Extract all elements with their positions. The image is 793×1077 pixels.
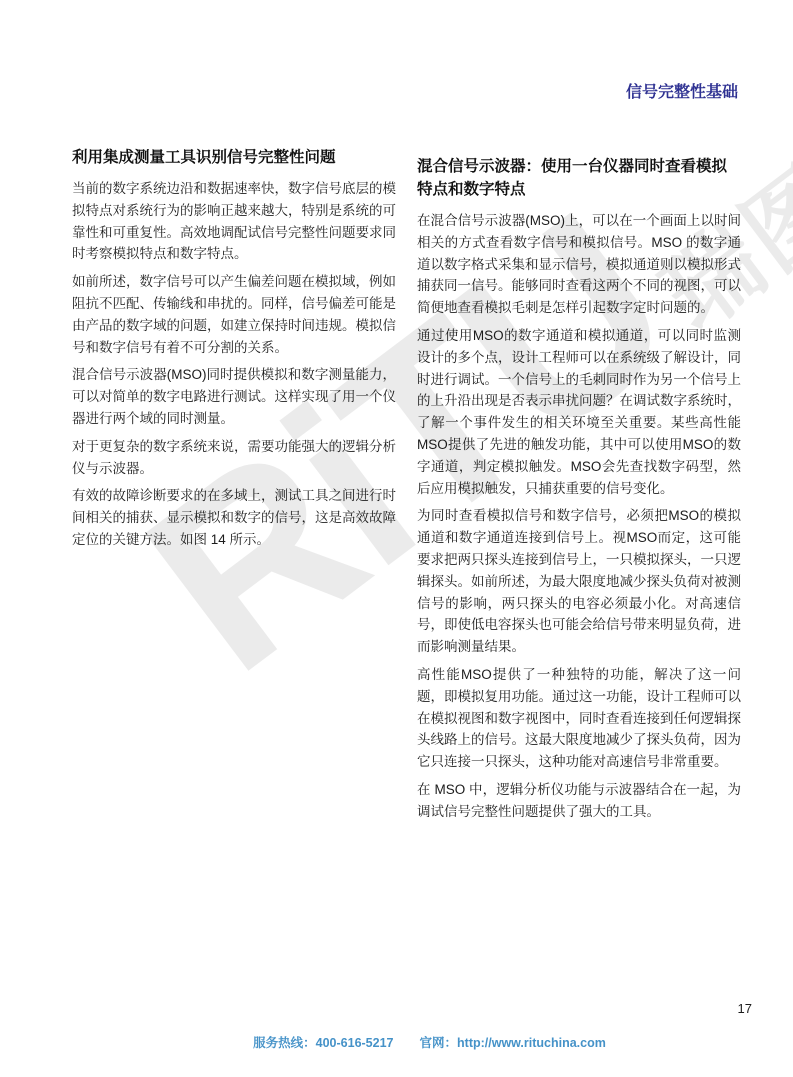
paragraph: 在 MSO 中，逻辑分析仪功能与示波器结合在一起，为调试信号完整性问题提供了强大…: [417, 779, 741, 823]
paragraph: 高性能MSO提供了一种独特的功能，解决了这一问题，即模拟复用功能。通过这一功能，…: [417, 664, 741, 773]
running-header: 信号完整性基础: [626, 79, 738, 102]
page-footer: 服务热线：400-616-5217官网：http://www.rituchina…: [0, 1033, 793, 1051]
paragraph: 在混合信号示波器(MSO)上，可以在一个画面上以时间相关的方式查看数字信号和模拟…: [417, 210, 741, 319]
paragraph: 对于更复杂的数字系统来说，需要功能强大的逻辑分析仪与示波器。: [72, 436, 396, 480]
paragraph: 如前所述，数字信号可以产生偏差问题在模拟域，例如阻抗不匹配、传输线和串扰的。同样…: [72, 271, 396, 358]
hotline-label: 服务热线：: [253, 1036, 316, 1050]
right-section-heading: 混合信号示波器：使用一台仪器同时查看模拟特点和数字特点: [417, 155, 741, 201]
website-label: 官网：: [420, 1036, 458, 1050]
paragraph: 通过使用MSO的数字通道和模拟通道，可以同时监测设计的多个点，设计工程师可以在系…: [417, 325, 741, 499]
paragraph: 混合信号示波器(MSO)同时提供模拟和数字测量能力，可以对简单的数字电路进行测试…: [72, 364, 396, 429]
website-link[interactable]: http://www.rituchina.com: [457, 1036, 606, 1050]
left-column: 利用集成测量工具识别信号完整性问题 当前的数字系统边沿和数据速率快，数字信号底层…: [72, 146, 396, 557]
paragraph: 为同时查看模拟信号和数字信号，必须把MSO的模拟通道和数字通道连接到信号上。视M…: [417, 505, 741, 658]
hotline-number: 400-616-5217: [316, 1036, 394, 1050]
right-column: 混合信号示波器：使用一台仪器同时查看模拟特点和数字特点 在混合信号示波器(MSO…: [417, 155, 741, 829]
paragraph: 当前的数字系统边沿和数据速率快，数字信号底层的模拟特点对系统行为的影响正越来越大…: [72, 178, 396, 265]
page-number: 17: [738, 1001, 752, 1016]
left-section-heading: 利用集成测量工具识别信号完整性问题: [72, 146, 396, 169]
paragraph: 有效的故障诊断要求的在多域上，测试工具之间进行时间相关的捕获、显示模拟和数字的信…: [72, 485, 396, 550]
